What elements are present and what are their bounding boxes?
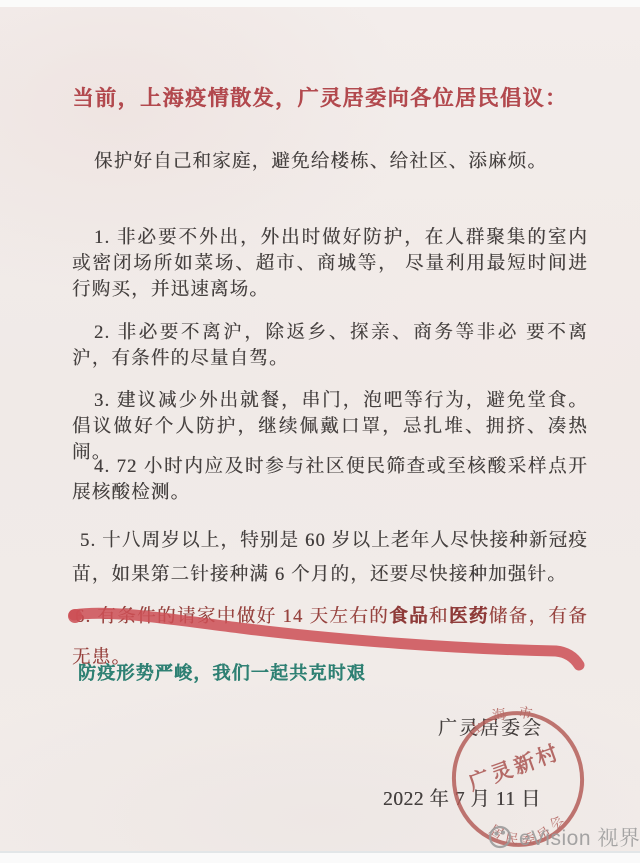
item6-conj: 和 [429, 607, 449, 627]
document-photo-page: 当前，上海疫情散发，广灵居委向各位居民倡议： 保护好自己和家庭，避免给楼栋、给社… [0, 0, 640, 863]
notice-item-4: 4. 72 小时内应及时参与社区便民筛查或至核酸采样点开展核酸检测。 [72, 454, 588, 506]
watermark-text: eVision 视界 [519, 822, 640, 852]
notice-item-1: 1. 非必要不外出，外出时做好防护，在人群聚集的室内或密闭场所如菜场、超市、商城… [72, 225, 588, 303]
signature: 广灵居委会 [438, 716, 618, 742]
watermark: eVision 视界 [487, 822, 640, 852]
notice-item-2: 2. 非必要不离沪，除返乡、探亲、商务等非必 要不离沪，有条件的尽量自驾。 [72, 320, 588, 372]
intro-line: 保护好自己和家庭，避免给楼栋、给社区、添麻烦。 [72, 149, 588, 175]
item6-bold-med: 医药 [449, 607, 489, 627]
item6-lead: 6. 有条件的请家中做好 14 天左右的 [75, 607, 389, 627]
notice-item-5: 5. 十八周岁以上，特别是 60 岁以上老年人尽快接种新冠疫苗，如果第二针接种满… [72, 524, 588, 592]
date-line: 2022 年 7 月 11 日 [383, 787, 603, 813]
item6-bold-food: 食品 [389, 607, 429, 627]
bottom-white-strip [0, 853, 640, 863]
evision-logo-icon [487, 824, 513, 850]
slogan-line: 防疫形势严峻，我们一起共克时艰 [78, 660, 558, 686]
notice-title: 当前，上海疫情散发，广灵居委向各位居民倡议： [58, 82, 582, 112]
